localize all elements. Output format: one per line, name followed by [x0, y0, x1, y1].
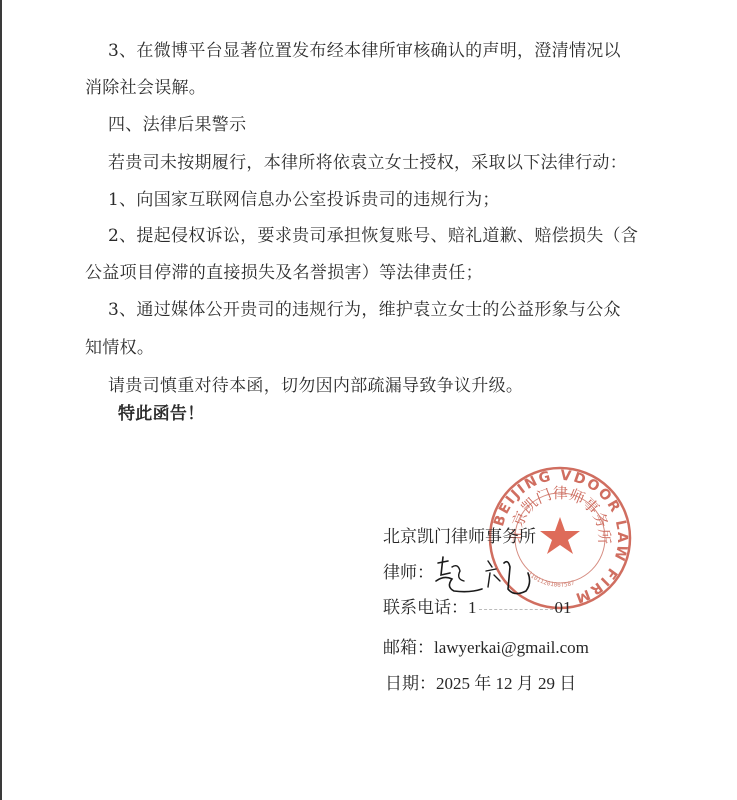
date-row: 日期：2025 年 12 月 29 日	[385, 673, 576, 695]
closing-line: 特此函告！	[118, 403, 205, 425]
lawyer-row: 律师：	[383, 562, 434, 584]
list-item: 3、通过媒体公开贵司的违规行为，维护袁立女士的公益形象与公众	[108, 299, 621, 321]
list-item-continuation: 知情权。	[85, 337, 154, 359]
phone-prefix: 1	[468, 598, 477, 617]
phone-label: 联系电话：	[383, 598, 468, 618]
email-label: 邮箱：	[383, 638, 434, 658]
paragraph-line: 消除社会误解。	[85, 77, 206, 99]
star-icon	[540, 517, 580, 554]
paragraph-line: 请贵司慎重对待本函，切勿因内部疏漏导致争议升级。	[108, 375, 523, 397]
email-row: 邮箱：lawyerkai@gmail.com	[383, 637, 589, 659]
date-label: 日期：	[385, 674, 436, 694]
list-item-continuation: 公益项目停滞的直接损失及名誉损害）等法律责任；	[85, 262, 483, 284]
phone-redacted	[479, 608, 553, 610]
lawyer-label: 律师：	[383, 563, 434, 583]
handwritten-signature	[430, 553, 540, 599]
phone-suffix: 01	[555, 598, 572, 617]
paragraph-line: 若贵司未按期履行，本律所将依袁立女士授权，采取以下法律行动：	[108, 152, 627, 174]
email-value: lawyerkai@gmail.com	[434, 638, 589, 657]
list-item: 1、向国家互联网信息办公室投诉贵司的违规行为；	[108, 189, 500, 211]
phone-row: 联系电话：101	[383, 597, 572, 619]
date-value: 2025 年 12 月 29 日	[436, 674, 576, 693]
paragraph-line: 3、在微博平台显著位置发布经本律所审核确认的声明，澄清情况以	[108, 40, 621, 62]
letter-page: 3、在微博平台显著位置发布经本律所审核确认的声明，澄清情况以 消除社会误解。 四…	[0, 0, 737, 800]
list-item: 2、提起侵权诉讼，要求贵司承担恢复账号、赔礼道歉、赔偿损失（含	[108, 225, 638, 247]
section-heading: 四、法律后果警示	[108, 114, 246, 136]
firm-name: 北京凯门律师事务所	[383, 526, 536, 548]
